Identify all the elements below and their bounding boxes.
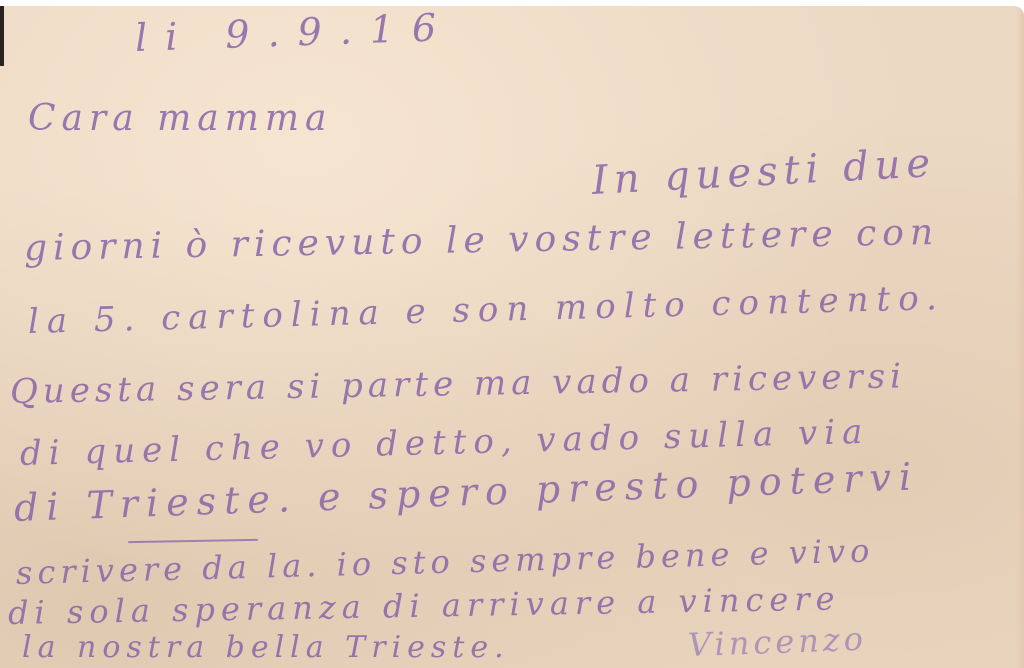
letter-salutation: Cara mamma <box>28 98 332 139</box>
postcard: li 9.9.16 Cara mamma In questi due giorn… <box>0 6 1024 668</box>
letter-line-4: Questa sera si parte ma vado a riceversi <box>10 356 907 412</box>
letter-line-9: la nostra bella Trieste. <box>22 630 510 665</box>
letter-date: li 9.9.16 <box>134 6 455 60</box>
letter-line-3: la 5. cartolina e son molto contento. <box>27 278 945 342</box>
trieste-underline <box>128 539 258 543</box>
letter-signature: Vincenzo <box>687 620 867 664</box>
letter-line-2: giorni ò ricevuto le vostre lettere con <box>24 212 940 269</box>
letter-line-1: In questi due <box>591 140 937 204</box>
